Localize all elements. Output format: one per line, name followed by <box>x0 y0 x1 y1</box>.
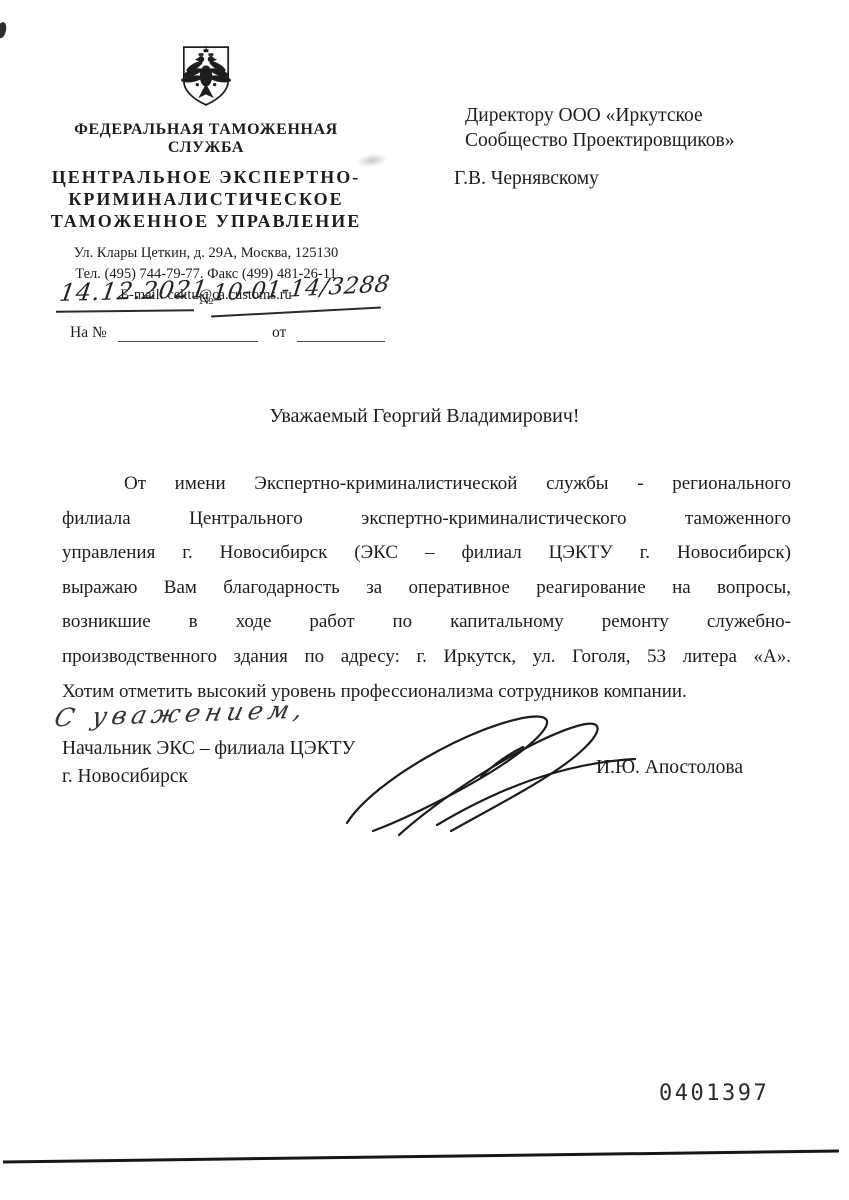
signer-name: И.Ю. Апостолова <box>596 757 743 779</box>
org-name: ЦЕНТРАЛЬНОЕ ЭКСПЕРТНО- КРИМИНАЛИСТИЧЕСКО… <box>48 166 364 232</box>
document-code: 0401397 <box>659 1081 769 1106</box>
recipient-block: Директору ООО «Иркутское Сообщество Прое… <box>465 103 805 191</box>
reply-number-blank-line <box>118 341 258 342</box>
postal-address: Ул. Клары Цеткин, д. 29А, Москва, 125130 <box>48 243 364 264</box>
body-line: филиала Центрального экспертно-криминали… <box>62 502 791 537</box>
scanned-letter-page: ФЕДЕРАЛЬНАЯ ТАМОЖЕННАЯ СЛУЖБА ЦЕНТРАЛЬНО… <box>0 0 849 1200</box>
reply-from-label: от <box>272 324 286 342</box>
date-underline <box>56 309 194 312</box>
org-name-line3: ТАМОЖЕННОЕ УПРАВЛЕНИЕ <box>48 210 364 232</box>
recipient-line1: Директору ООО «Иркутское <box>465 103 805 128</box>
letterhead: ФЕДЕРАЛЬНАЯ ТАМОЖЕННАЯ СЛУЖБА ЦЕНТРАЛЬНО… <box>48 44 364 306</box>
recipient-name: Г.В. Чернявскому <box>454 166 805 191</box>
signature-scrawl-icon <box>333 703 638 841</box>
org-name-line2: КРИМИНАЛИСТИЧЕСКОЕ <box>48 188 364 210</box>
org-name-line1: ЦЕНТРАЛЬНОЕ ЭКСПЕРТНО- <box>48 166 364 188</box>
handwritten-date: 14.12.2021 <box>58 275 210 307</box>
signer-position-line2: г. Новосибирск <box>62 766 188 788</box>
body-line: управления г. Новосибирск (ЭКС – филиал … <box>62 536 791 571</box>
scan-artifact-left-edge <box>0 21 8 39</box>
body-line: От имени Экспертно-криминалистической сл… <box>62 467 791 502</box>
signer-position-line1: Начальник ЭКС – филиала ЦЭКТУ <box>62 738 355 760</box>
body-line: возникшие в ходе работ по капитальному р… <box>62 605 791 640</box>
reply-to-number-label: На № <box>70 324 107 342</box>
reply-date-blank-line <box>297 341 385 342</box>
page-bottom-edge-line <box>3 1150 839 1164</box>
salutation: Уважаемый Георгий Владимирович! <box>0 405 849 428</box>
body-line: производственного здания по адресу: г. И… <box>62 640 791 675</box>
agency-name: ФЕДЕРАЛЬНАЯ ТАМОЖЕННАЯ СЛУЖБА <box>48 121 364 157</box>
doc-number-underline <box>211 307 381 317</box>
body-line: выражаю Вам благодарность за оперативное… <box>62 571 791 606</box>
recipient-line2: Сообщество Проектировщиков» <box>465 128 805 153</box>
letter-body: От имени Экспертно-криминалистической сл… <box>62 467 791 709</box>
coat-of-arms-icon <box>179 44 233 108</box>
